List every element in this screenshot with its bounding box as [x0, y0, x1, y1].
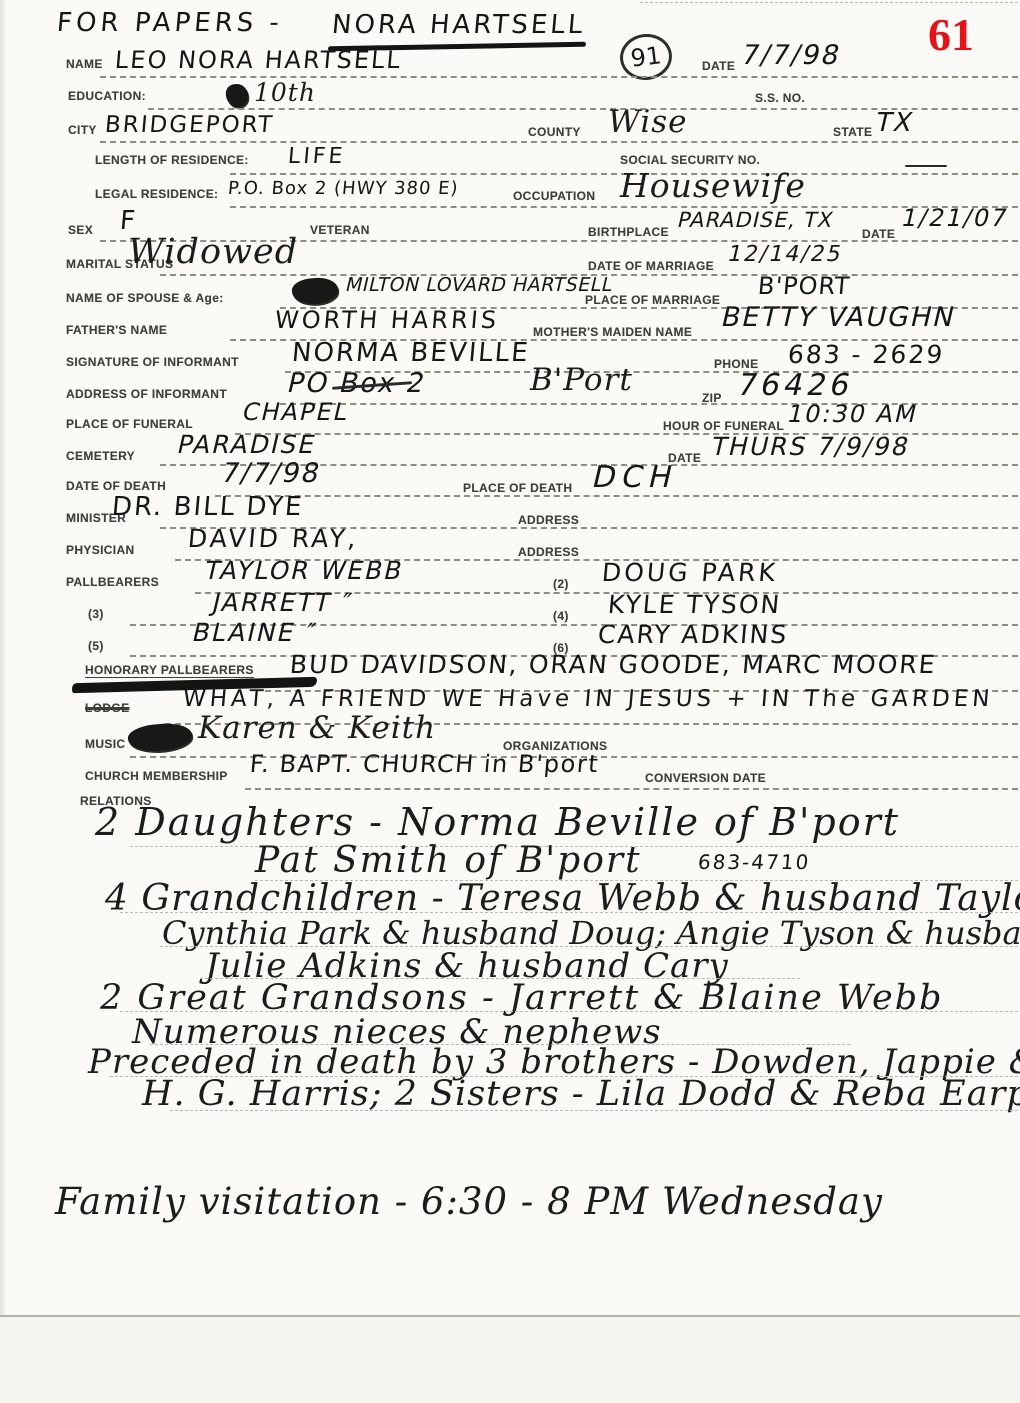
marriage-date-value: 12/14/25 [725, 242, 846, 267]
funeral-date-value: THURS 7/9/98 [709, 432, 914, 461]
age-value: 91 [629, 41, 663, 73]
residence-label: LENGTH OF RESIDENCE: [95, 154, 249, 166]
father-value: WORTH HARRIS [274, 306, 500, 334]
birth-date-value: 1/21/07 [899, 204, 1012, 232]
pallbearers-label: PALLBEARERS [66, 576, 159, 588]
spouse-label: NAME OF SPOUSE & Age: [66, 292, 224, 304]
church-membership-value: F. BAPT. CHURCH in B'port [249, 750, 601, 778]
veteran-label: VETERAN [310, 224, 370, 236]
name-label: NAME [66, 58, 103, 70]
place-of-death-label: PLACE OF DEATH [463, 482, 572, 494]
pallbearer-2-number: (2) [553, 578, 569, 590]
lodge-label-struck: LODGE [85, 702, 129, 714]
county-label: COUNTY [528, 126, 581, 138]
music-value: Karen & Keith [198, 710, 436, 746]
mother-value: BETTY VAUGHN [718, 302, 959, 333]
minister-value: DR. BILL DYE [111, 492, 305, 522]
legal-residence-label: LEGAL RESIDENCE: [95, 188, 218, 200]
pen-scribble [225, 83, 249, 108]
date-label: DATE [702, 60, 735, 72]
education-value: 10th [254, 78, 316, 107]
place-of-funeral-label: PLACE OF FUNERAL [66, 418, 193, 430]
visitation-note: Family visitation - 6:30 - 8 PM Wednesda… [55, 1180, 883, 1223]
ssn-label: SOCIAL SECURITY NO. [620, 154, 760, 166]
place-of-marriage-label: PLACE OF MARRIAGE [585, 294, 720, 306]
scan-edge-shadow [0, 0, 7, 1403]
informant-address-label: ADDRESS OF INFORMANT [66, 388, 227, 400]
ssno-label: S.S. NO. [755, 92, 805, 104]
pallbearer-5: BLAINE ″ [190, 618, 321, 647]
date-of-death-value: 7/7/98 [218, 458, 324, 489]
physician-label: PHYSICIAN [66, 544, 135, 556]
minister-address-label: ADDRESS [518, 514, 579, 526]
relation-line: H. G. Harris; 2 Sisters - Lila Dodd & Re… [142, 1074, 1020, 1114]
honorary-pallbearers-value: BUD DAVIDSON, ORAN GOODE, MARC MOORE [289, 650, 938, 679]
date-value: 7/7/98 [738, 40, 844, 71]
state-label: STATE [833, 126, 872, 138]
honorary-pallbearers-label: HONORARY PALLBEARERS [85, 664, 254, 678]
legal-residence-value: P.O. Box 2 (HWY 380 E) [227, 178, 459, 199]
header-title: FOR PAPERS - [56, 8, 284, 38]
pallbearer-6: CARY ADKINS [597, 620, 790, 649]
birthplace-label: BIRTHPLACE [588, 226, 669, 238]
ruled-line [215, 495, 1018, 497]
pallbearer-1: TAYLOR WEBB [202, 556, 407, 585]
place-of-marriage-value: B'PORT [757, 272, 851, 300]
residence-value: LIFE [287, 144, 346, 169]
relation-line: Pat Smith of B'port [255, 840, 642, 881]
pen-scribble [291, 276, 339, 307]
scan-page: FOR PAPERS - NORA HARTSELL 61 NAME LEO N… [0, 0, 1020, 1403]
informant-value: NORMA BEVILLE [291, 338, 531, 368]
church-membership-label: CHURCH MEMBERSHIP [85, 770, 228, 782]
relation-line: 2 Daughters - Norma Beville of B'port [95, 800, 900, 844]
relation-phone: 683-4710 [697, 850, 811, 874]
ruled-line [100, 76, 1018, 78]
marital-value: Widowed [128, 232, 298, 272]
occupation-label: OCCUPATION [513, 190, 595, 202]
name-value: LEO NORA HARTSELL [114, 46, 403, 74]
birthplace-value: PARADISE, TX [675, 208, 836, 232]
ruled-line [640, 2, 1018, 3]
page-number: 61 [928, 12, 974, 58]
cemetery-label: CEMETERY [66, 450, 135, 462]
pallbearer-2: DOUG PARK [601, 558, 779, 587]
phone-value: 683 - 2629 [787, 340, 946, 369]
ruled-line [245, 788, 1018, 790]
physician-value: DAVID RAY, [187, 524, 360, 553]
zip-value: 76426 [734, 368, 858, 403]
occupation-value: Housewife [620, 166, 806, 205]
pallbearer-4: KYLE TYSON [607, 590, 783, 619]
physician-address-label: ADDRESS [518, 546, 579, 558]
birth-date-label: DATE [862, 228, 895, 240]
informant-address-city: B'Port [530, 362, 633, 398]
place-of-death-value: DCH [589, 460, 682, 495]
cemetery-value: PARADISE [175, 430, 320, 459]
state-value: TX [873, 108, 918, 138]
ruled-line [230, 206, 1018, 208]
pallbearer-3-number: (3) [88, 608, 104, 620]
ruled-line [120, 912, 1018, 913]
ruled-line [170, 1110, 1018, 1111]
sex-label: SEX [68, 224, 93, 236]
city-label: CITY [68, 124, 97, 136]
city-value: BRIDGEPORT [104, 112, 275, 138]
marriage-date-label: DATE OF MARRIAGE [588, 260, 714, 272]
pen-dash [905, 165, 947, 167]
pallbearer-3: JARRETT ″ [210, 588, 357, 617]
hour-of-funeral-label: HOUR OF FUNERAL [663, 420, 784, 432]
education-label: EDUCATION: [68, 90, 146, 102]
spouse-value: MILTON LOVARD HARTSELL [343, 274, 615, 296]
pen-scribble [127, 721, 193, 755]
ruled-line [100, 141, 1018, 143]
header-name: NORA HARTSELL [331, 10, 587, 40]
songs-value: WHAT, A FRIEND WE Have IN JESUS + IN The… [182, 686, 995, 712]
page-bottom-area [0, 1317, 1020, 1403]
music-label: MUSIC [85, 738, 125, 750]
place-of-funeral-value: CHAPEL [240, 398, 353, 426]
hour-of-funeral-value: 10:30 AM [785, 400, 921, 428]
county-value: Wise [608, 104, 688, 140]
mother-label: MOTHER'S MAIDEN NAME [533, 326, 692, 338]
conversion-date-label: CONVERSION DATE [645, 772, 766, 784]
pallbearer-4-number: (4) [553, 610, 569, 622]
informant-label: SIGNATURE OF INFORMANT [66, 356, 239, 368]
pallbearer-5-number: (5) [88, 640, 104, 652]
father-label: FATHER'S NAME [66, 324, 167, 336]
date-of-death-label: DATE OF DEATH [66, 480, 166, 492]
